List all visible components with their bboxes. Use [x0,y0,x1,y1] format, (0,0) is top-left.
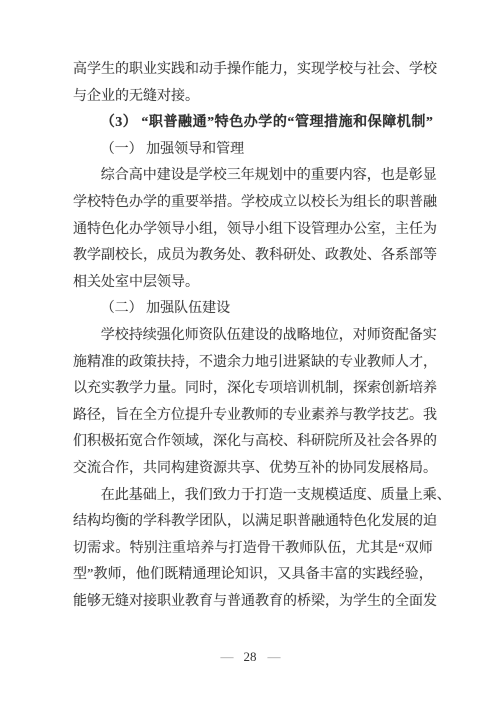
footer-dash-right: — [268,649,280,665]
text-line: 路径，旨在全方位提升专业教师的专业素养与教学技艺。我 [73,403,433,430]
text-line: 能够无缝对接职业教育与普通教育的桥梁，为学生的全面发 [73,589,433,616]
document-page: 高学生的职业实践和动手操作能力，实现学校与社会、学校与企业的无缝对接。（3） “… [0,0,500,707]
text-line: 结构均衡的学科教学团队，以满足职普融通特色化发展的迫 [73,509,433,536]
footer-dash-left: — [221,649,233,665]
text-line: 学校特色办学的重要举措。学校成立以校长为组长的职普融 [73,190,433,217]
text-line: 在此基础上，我们致力于打造一支规模适度、质量上乘、 [73,483,433,510]
text-line: （一） 加强领导和管理 [73,137,433,164]
text-line: 以充实教学力量。同时，深化专项培训机制，探索创新培养 [73,376,433,403]
text-line: 学校持续强化师资队伍建设的战略地位，对师资配备实 [73,323,433,350]
text-line: 们积极拓宽合作领域，深化与高校、科研院所及社会各界的 [73,429,433,456]
text-line: 型”教师，他们既精通理论知识，又具备丰富的实践经验， [73,562,433,589]
text-line: 切需求。特别注重培养与打造骨干教师队伍，尤其是“双师 [73,536,433,563]
text-line: 交流合作，共同构建资源共享、优势互补的协同发展格局。 [73,456,433,483]
text-line: 与企业的无缝对接。 [73,84,433,111]
text-line: （3） “职普融通”特色办学的“管理措施和保障机制” [73,110,433,137]
text-line: 高学生的职业实践和动手操作能力，实现学校与社会、学校 [73,57,433,84]
page-footer: — 28 — [0,649,500,665]
document-body: 高学生的职业实践和动手操作能力，实现学校与社会、学校与企业的无缝对接。（3） “… [73,57,433,615]
page-number: 28 [244,649,257,665]
text-line: （二） 加强队伍建设 [73,296,433,323]
text-line: 施精准的政策扶持，不遗余力地引进紧缺的专业教师人才， [73,350,433,377]
text-line: 教学副校长，成员为教务处、教科研处、政教处、各系部等 [73,243,433,270]
text-line: 相关处室中层领导。 [73,270,433,297]
text-line: 综合高中建设是学校三年规划中的重要内容，也是彰显 [73,163,433,190]
text-line: 通特色化办学领导小组，领导小组下设管理办公室，主任为 [73,217,433,244]
